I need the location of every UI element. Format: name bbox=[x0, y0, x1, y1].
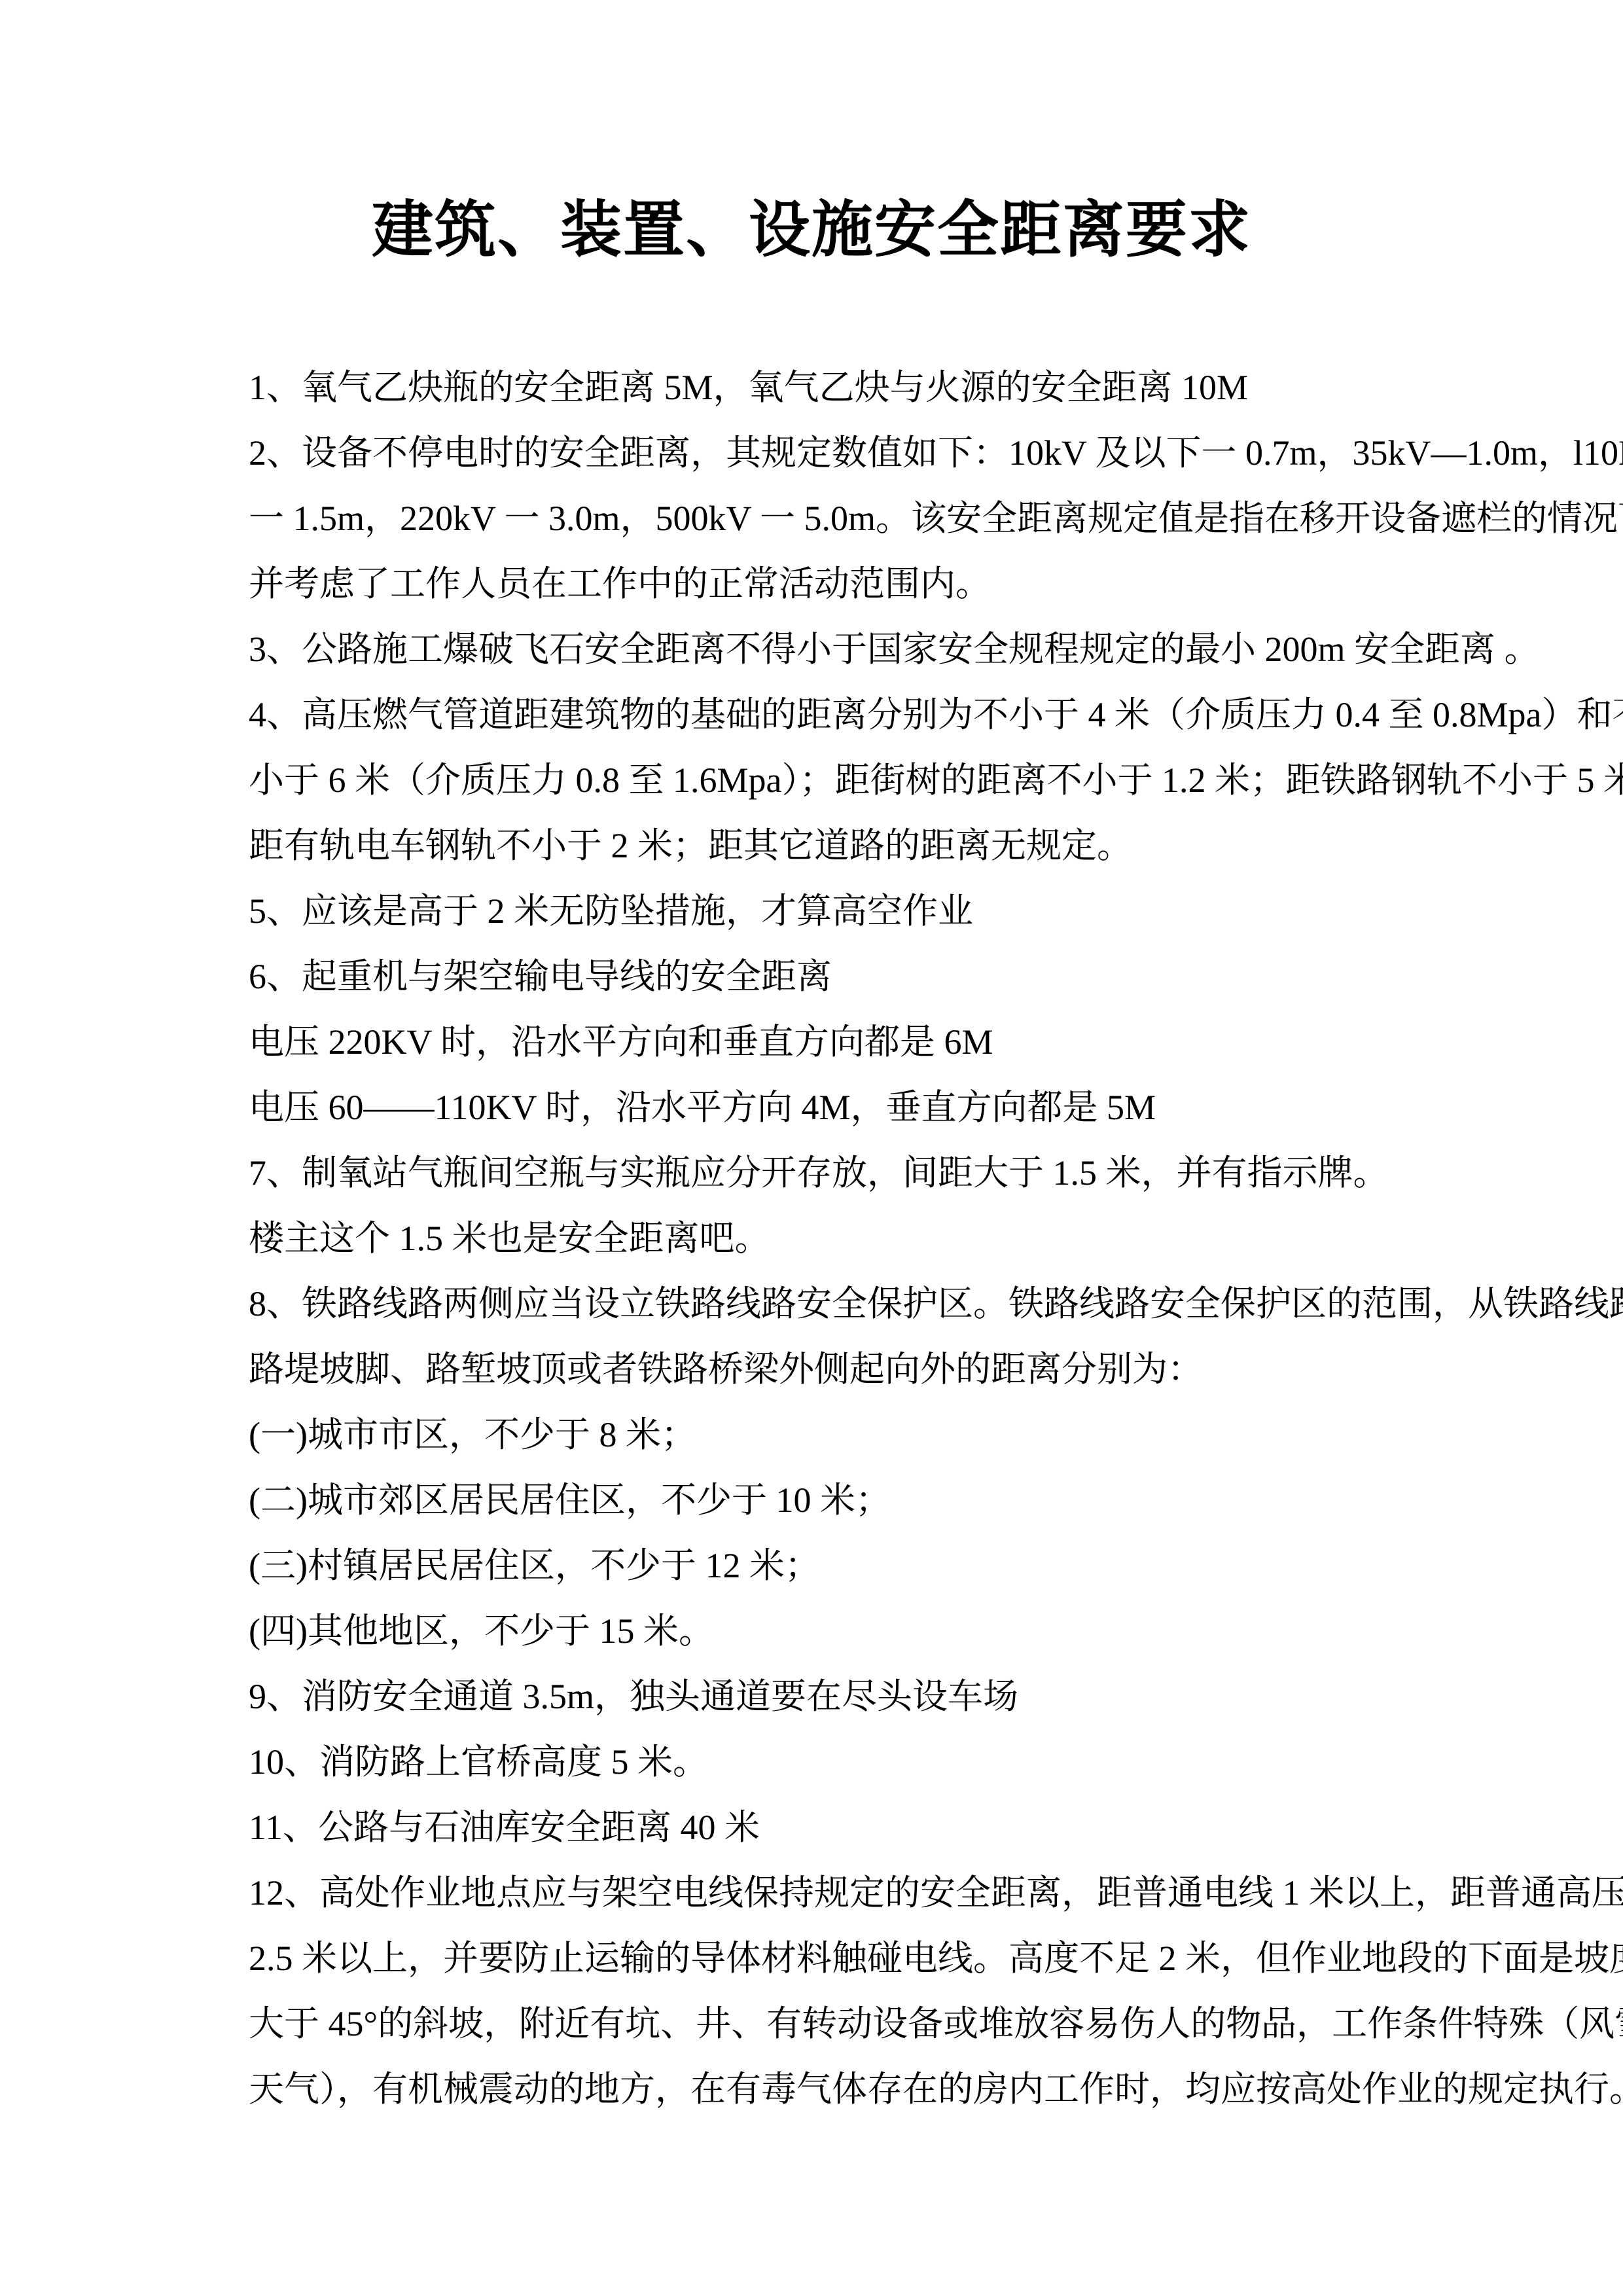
text-line: (一)城市市区，不少于 8 米； bbox=[249, 1402, 1531, 1467]
text-line: 6、起重机与架空输电导线的安全距离 bbox=[249, 944, 1531, 1009]
text-line: 路堤坡脚、路堑坡顶或者铁路桥梁外侧起向外的距离分别为： bbox=[249, 1336, 1531, 1402]
text-line: 11、公路与石油库安全距离 40 米 bbox=[249, 1795, 1531, 1860]
text-line: 电压 60——110KV 时，沿水平方向 4M，垂直方向都是 5M bbox=[249, 1075, 1531, 1140]
text-line: 9、消防安全通道 3.5m，独头通道要在尽头设车场 bbox=[249, 1664, 1531, 1729]
document-page: 建筑、装置、设施安全距离要求 1、氧气乙炔瓶的安全距离 5M，氧气乙炔与火源的安… bbox=[0, 0, 1623, 2296]
text-line: (二)城市郊区居民居住区，不少于 10 米； bbox=[249, 1467, 1531, 1533]
document-body: 1、氧气乙炔瓶的安全距离 5M，氧气乙炔与火源的安全距离 10M2、设备不停电时… bbox=[249, 355, 1531, 2122]
text-line: 一 1.5m，220kV 一 3.0m，500kV 一 5.0m。该安全距离规定… bbox=[249, 486, 1531, 551]
text-line: 2.5 米以上，并要防止运输的导体材料触碰电线。高度不足 2 米，但作业地段的下… bbox=[249, 1926, 1531, 1991]
text-line: 3、公路施工爆破飞石安全距离不得小于国家安全规程规定的最小 200m 安全距离 … bbox=[249, 617, 1531, 682]
text-line: 7、制氧站气瓶间空瓶与实瓶应分开存放，间距大于 1.5 米，并有指示牌。 bbox=[249, 1140, 1531, 1206]
text-line: 2、设备不停电时的安全距离，其规定数值如下：10kV 及以下一 0.7m，35k… bbox=[249, 420, 1531, 486]
text-line: 1、氧气乙炔瓶的安全距离 5M，氧气乙炔与火源的安全距离 10M bbox=[249, 355, 1531, 420]
text-line: 楼主这个 1.5 米也是安全距离吧。 bbox=[249, 1206, 1531, 1271]
text-line: 10、消防路上官桥高度 5 米。 bbox=[249, 1729, 1531, 1795]
text-line: 4、高压燃气管道距建筑物的基础的距离分别为不小于 4 米（介质压力 0.4 至 … bbox=[249, 682, 1531, 747]
text-line: 小于 6 米（介质压力 0.8 至 1.6Mpa）；距街树的距离不小于 1.2 … bbox=[249, 747, 1531, 813]
text-line: 8、铁路线路两侧应当设立铁路线路安全保护区。铁路线路安全保护区的范围，从铁路线路 bbox=[249, 1271, 1531, 1336]
text-line: 12、高处作业地点应与架空电线保持规定的安全距离，距普通电线 1 米以上，距普通… bbox=[249, 1860, 1531, 1926]
text-line: (四)其他地区，不少于 15 米。 bbox=[249, 1598, 1531, 1664]
text-line: 并考虑了工作人员在工作中的正常活动范围内。 bbox=[249, 551, 1531, 617]
text-line: 天气），有机械震动的地方，在有毒气体存在的房内工作时，均应按高处作业的规定执行。 bbox=[249, 2056, 1531, 2122]
page-title: 建筑、装置、设施安全距离要求 bbox=[0, 194, 1623, 268]
text-line: 距有轨电车钢轨不小于 2 米；距其它道路的距离无规定。 bbox=[249, 813, 1531, 878]
text-line: 大于 45°的斜坡，附近有坑、井、有转动设备或堆放容易伤人的物品，工作条件特殊（… bbox=[249, 1991, 1531, 2056]
text-line: 5、应该是高于 2 米无防坠措施，才算高空作业 bbox=[249, 878, 1531, 944]
text-line: 电压 220KV 时，沿水平方向和垂直方向都是 6M bbox=[249, 1009, 1531, 1075]
text-line: (三)村镇居民居住区，不少于 12 米； bbox=[249, 1533, 1531, 1598]
